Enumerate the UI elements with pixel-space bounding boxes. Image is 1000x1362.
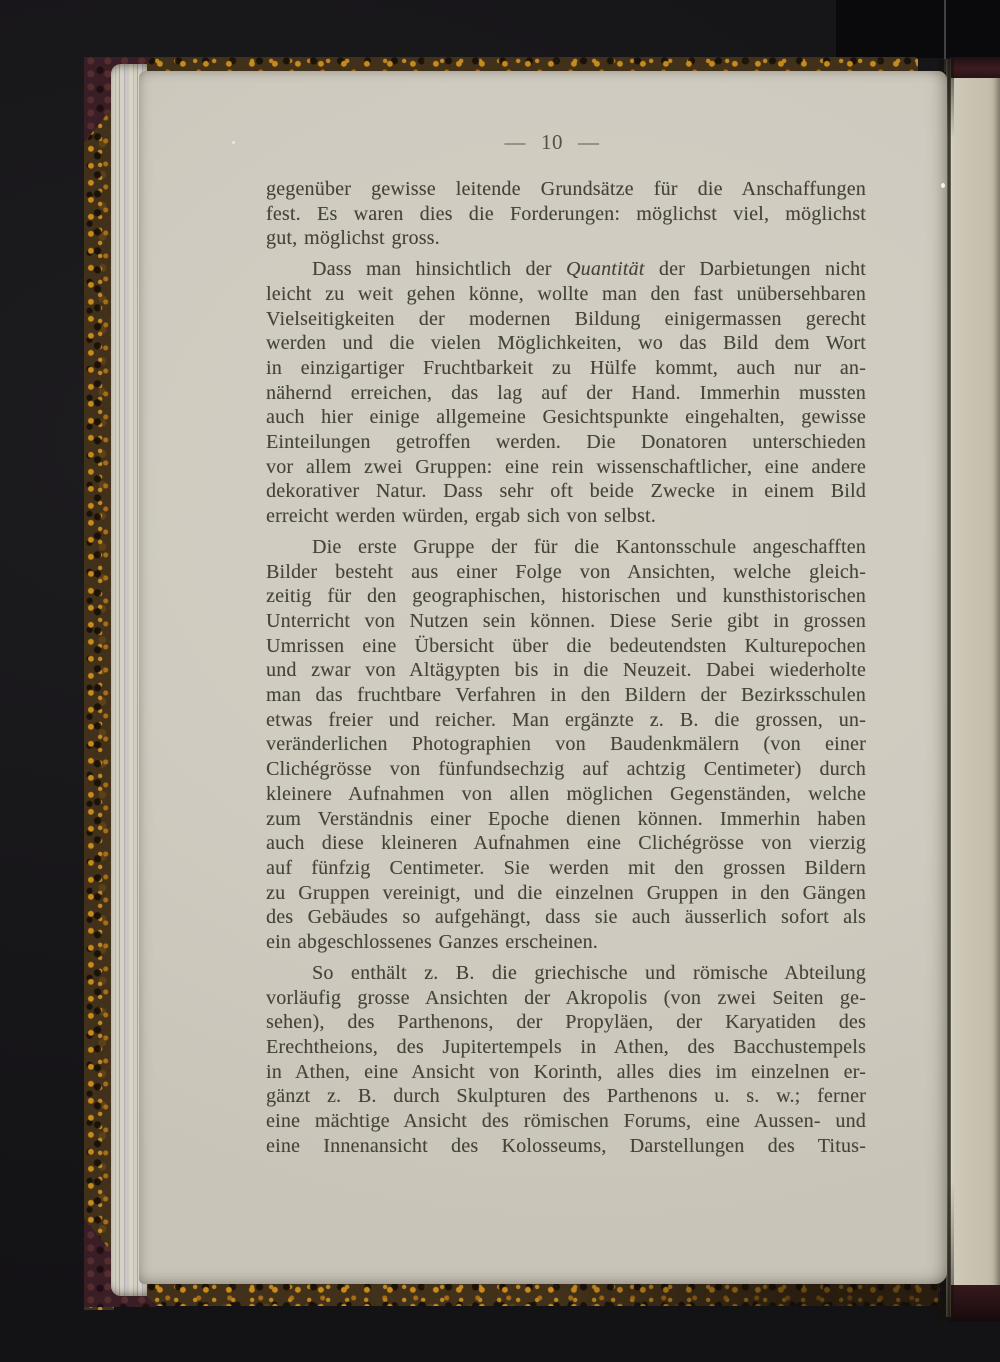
text-line: vorläufig grosse Ansichten der Akropolis…	[266, 986, 866, 1011]
text-line: Umrissen eine Übersicht über die bedeute…	[266, 634, 866, 659]
text-line: des Gebäudes so aufgehängt, dass sie auc…	[266, 905, 866, 930]
text-line: eine mächtige Ansicht des römischen Foru…	[266, 1109, 866, 1134]
folio-number: 10	[541, 130, 563, 154]
text-line: gut, möglichst gross.	[266, 226, 866, 251]
paper-speck	[232, 141, 235, 144]
text-line: man das fruchtbare Verfahren in den Bild…	[266, 683, 866, 708]
page-text: gegenüber gewisse leitende Grundsätze fü…	[266, 177, 866, 1158]
text-line: nähernd erreichen, das lag auf der Hand.…	[266, 381, 866, 406]
folio-right-dash: —	[563, 130, 615, 154]
text-line: Erechtheions, des Jupitertempels in Athe…	[266, 1035, 866, 1060]
folio-left-dash: —	[490, 130, 542, 154]
text-line: zu Gruppen vereinigt, und die einzelnen …	[266, 881, 866, 906]
page-number: —10—	[252, 130, 852, 156]
cover-bottom-edge	[84, 1283, 940, 1306]
next-page-edge	[950, 57, 1000, 1322]
next-page-top-edge	[950, 57, 1000, 78]
text-line: Vielseitigkeiten der modernen Bildung ei…	[266, 307, 866, 332]
text-line: auch diese kleineren Aufnahmen eine Clic…	[266, 831, 866, 856]
text-line: und zwar von Altägypten bis in die Neuze…	[266, 658, 866, 683]
text-line: auch hier einige allgemeine Gesichtspunk…	[266, 405, 866, 430]
text-line: Dass man hinsichtlich der Quantität der …	[266, 257, 866, 282]
text-line: erreicht werden würden, ergab sich von s…	[266, 504, 866, 529]
text-line: gegenüber gewisse leitende Grundsätze fü…	[266, 177, 866, 202]
background-gap	[836, 0, 1000, 58]
text-line: gänzt z. B. durch Skulpturen des Parthen…	[266, 1084, 866, 1109]
text-line: auf fünfzig Centimeter. Sie werden mit d…	[266, 856, 866, 881]
cover-bottom-shade	[84, 1283, 940, 1306]
text-line: werden und die vielen Möglichkeiten, wo …	[266, 331, 866, 356]
text-line: in Athen, eine Ansicht von Korinth, alle…	[266, 1060, 866, 1085]
text-line: vor allem zwei Gruppen: eine rein wissen…	[266, 455, 866, 480]
text-line: Die erste Gruppe der für die Kantonsschu…	[266, 535, 866, 560]
text-line: leicht zu weit gehen könne, wollte man d…	[266, 282, 866, 307]
text-line: fest. Es waren dies die Forderungen: mög…	[266, 202, 866, 227]
text-line: Bilder besteht aus einer Folge von Ansic…	[266, 560, 866, 585]
scanned-book-photo: —10— gegenüber gewisse leitende Grundsät…	[0, 0, 1000, 1362]
next-page-bottom-edge	[950, 1285, 1000, 1322]
text-line: ein abgeschlossenes Ganzes erscheinen.	[266, 930, 866, 955]
book-page: —10— gegenüber gewisse leitende Grundsät…	[139, 71, 947, 1284]
cover-left-edge	[84, 57, 114, 1310]
text-line: Clichégrösse von fünfundsechzig auf acht…	[266, 757, 866, 782]
text-line: etwas freier und reicher. Man ergänzte z…	[266, 708, 866, 733]
text-line: veränderlichen Photographien von Baudenk…	[266, 732, 866, 757]
text-line: Unterricht von Nutzen sein können. Diese…	[266, 609, 866, 634]
text-line: zum Verständnis einer Epoche dienen könn…	[266, 807, 866, 832]
text-line: zeitig für den geographischen, historisc…	[266, 584, 866, 609]
paper-speck	[941, 183, 945, 188]
text-line: So enthält z. B. die griechische und röm…	[266, 961, 866, 986]
text-line: dekorativer Natur. Dass sehr oft beide Z…	[266, 479, 866, 504]
text-line: eine Innenansicht des Kolosseums, Darste…	[266, 1134, 866, 1159]
text-line: Einteilungen getroffen werden. Die Donat…	[266, 430, 866, 455]
text-line: in einzigartiger Fruchtbarkeit zu Hülfe …	[266, 356, 866, 381]
text-line: kleinere Aufnahmen von allen möglichen G…	[266, 782, 866, 807]
text-line: sehen), des Parthenons, der Propyläen, d…	[266, 1010, 866, 1035]
